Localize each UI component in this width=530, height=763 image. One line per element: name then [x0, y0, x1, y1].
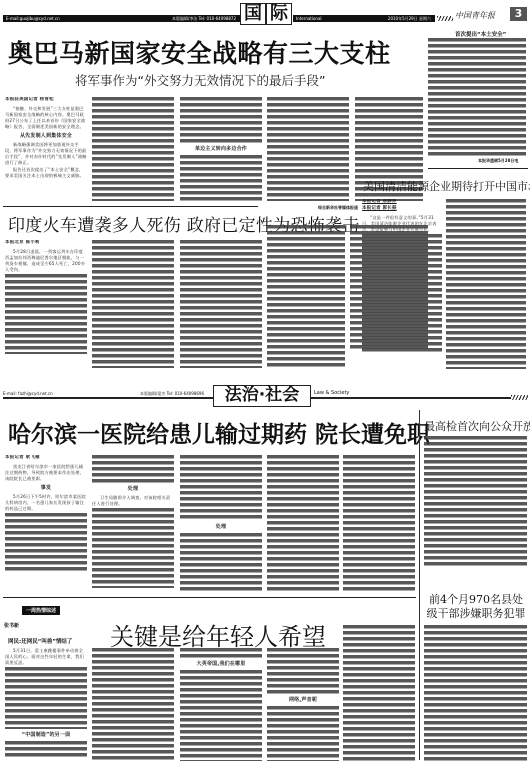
paper-logo: 中国青年报 [455, 10, 495, 21]
india-source: 综合新华社等媒体报道 [318, 205, 358, 211]
harbin-subhead-3: 处理 [180, 524, 262, 530]
column-col-3: 大英帝国,我们在哪里 [180, 648, 262, 761]
harbin-col-4 [267, 455, 339, 593]
obama-headline: 奥巴马新国家安全战略有三大支柱 [8, 34, 391, 70]
procuratorate-text [424, 436, 527, 566]
divider-harbin-column [3, 597, 416, 598]
harbin-subhead-2: 处理 [92, 486, 174, 492]
clean-energy-col-1: 本报记者 唐静婷 本报记者 郭长振 “这是一件很有意义的事。”5月31日，美国清… [362, 199, 442, 369]
officials-text [424, 625, 527, 761]
india-col-3 [180, 240, 262, 368]
divider-obama-india [3, 206, 258, 207]
top-header-bar-right: International 2010年5月29日 星期六 [293, 15, 435, 22]
obama-col-3: 单边主义转向多边合作 [180, 97, 262, 201]
procuratorate-headline: 最高检首次向公众开放 [424, 418, 530, 434]
harbin-col-1: 本报记者 耿飞雁 黑龙江省哈尔滨市一家医院给患儿输注过期药物，导致院方被要求作出… [5, 455, 87, 593]
bottom-section-box: 法治·社会 [213, 385, 311, 407]
top-date: 2010年5月29日 星期六 [388, 15, 431, 22]
column-col-1: 5月31日，富士康跳楼事件牵动着全国人民的心。面对这些年轻的生命，我们需要反思。… [5, 648, 87, 761]
obama-col-1: 本报驻美国记者 杨雪松 “接触、外交和发展”三大支柱是奥巴马新国家安全战略的核心… [5, 97, 87, 201]
column-col-5 [343, 625, 415, 761]
column-col-2 [92, 648, 174, 761]
clean-energy-byline-1: 本报记者 唐静婷 [362, 199, 442, 205]
page-number: 3 [510, 7, 527, 21]
obama-subhead-1: 从先发制人到集体安全 [5, 133, 87, 139]
bottom-header-rule-right [311, 397, 511, 399]
bottom-hatch-decoration [511, 395, 528, 400]
sidebar-divider [419, 410, 420, 760]
header-hatch-decoration [437, 16, 453, 21]
clean-energy-byline-2: 本报记者 郭长振 [362, 206, 442, 212]
harbin-col-5 [343, 455, 415, 593]
officials-headline: 前4个月970名县处级干部涉嫌职务犯罪 [426, 593, 526, 621]
bottom-section-en: Law & Society [314, 390, 349, 396]
section-box-guo: 国 [240, 3, 266, 25]
obama-sidebar-source: 本报华盛顿5月28日电 [478, 158, 518, 164]
harbin-headline: 哈尔滨一医院给患儿输过期药 院长遭免职 [8, 416, 430, 449]
top-section-en: International [296, 16, 322, 21]
clean-energy-col-2 [446, 199, 526, 369]
column-author: 张书新 [4, 622, 19, 629]
section-box-ji: 际 [266, 3, 292, 25]
obama-subhead-2: 单边主义转向多边合作 [180, 146, 262, 152]
column-tag: 一周热情综述 [22, 606, 60, 615]
harbin-col-3: 处理 [180, 455, 262, 593]
harbin-subhead-1: 事发 [5, 485, 87, 491]
column-subhead-1: “中国制造”的另一面 [5, 732, 87, 738]
india-col-2 [92, 240, 174, 368]
india-col-1: 本报北京 陈小莉 5月28日凌晨，一列客运列车在印度西孟加拉邦西梅迪尼普尔地区脱… [5, 240, 87, 368]
obama-sidebar-text [428, 38, 526, 156]
harbin-byline: 本报记者 耿飞雁 [5, 455, 87, 461]
clean-energy-headline: 美国清洁能源企业期待打开中国市场 [363, 178, 530, 194]
column-lead-title: 网民:还网民“叫兽”情结了 [8, 637, 72, 645]
india-byline: 本报北京 陈小莉 [5, 240, 87, 246]
top-email: E-mail:guojibu@cyd.net.cn [6, 16, 60, 21]
clean-energy-top-rule [428, 168, 528, 169]
column-subhead-2: 网络,声音呢 [267, 697, 339, 703]
top-editor: 本版编辑/李洁 Tel: 010-64098872 [172, 15, 236, 22]
column-col-4: 网络,声音呢 [267, 648, 339, 761]
obama-subheadline: 将军事作为“外交努力无效情况下的最后手段” [75, 71, 325, 89]
column-subhead-3: 大英帝国,我们在哪里 [180, 661, 262, 667]
india-col-4 [267, 225, 345, 368]
obama-sidebar-title: 首次提出“本土安全” [455, 30, 506, 38]
bottom-header-rule-left [3, 397, 213, 399]
column-headline: 关键是给年轻人希望 [110, 617, 326, 652]
harbin-col-2: 处理 卫生局随即介入调查，对该院相关责任人进行处理。 [92, 455, 174, 593]
obama-col-2 [92, 97, 174, 201]
obama-byline: 本报驻美国记者 杨雪松 [5, 97, 87, 103]
bottom-email: E-mail: fazhi@cyd.net.cn [3, 391, 53, 396]
obama-col-4 [267, 97, 349, 201]
top-header-bar-left: E-mail:guojibu@cyd.net.cn 本版编辑/李洁 Tel: 0… [3, 15, 240, 22]
